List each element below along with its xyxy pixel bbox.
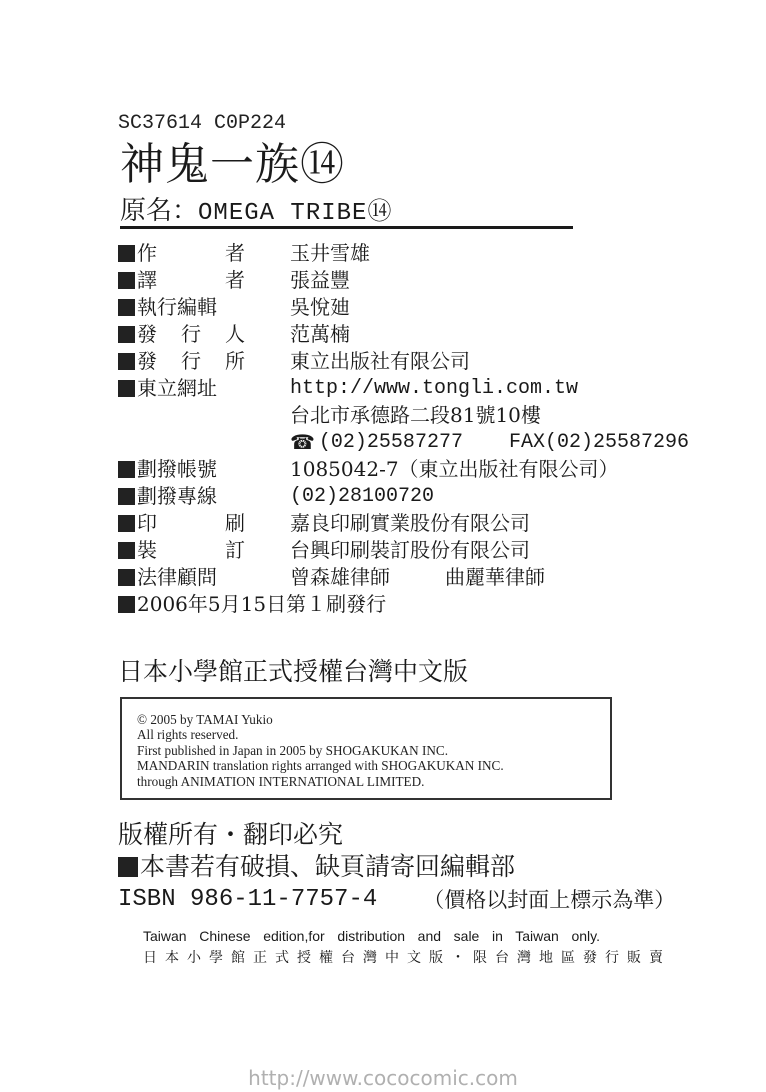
credit-row-publishing-house: 發行所 東立出版社有限公司 [118,348,678,375]
credit-row-website: 東立網址 http://www.tongli.com.tw [118,375,678,402]
bullet-square-icon [118,488,135,505]
product-code: SC37614 C0P224 [118,112,286,135]
credit-label: 東立網址 [137,375,245,402]
original-title: 原名：OMEGA TRIBE⑭ [120,196,392,229]
credit-value: 台興印刷裝訂股份有限公司 [290,537,530,564]
damage-notice: 本書若有破損、缺頁請寄回編輯部 [118,852,515,882]
credit-row-publisher: 發行人 范萬楠 [118,321,678,348]
credit-row-printer: 印刷 嘉良印刷實業股份有限公司 [118,510,678,537]
copyright-line: All rights reserved. [137,727,504,742]
isbn-number: ISBN 986-11-7757-4 [118,885,377,915]
credit-row-postal-account: 劃撥帳號 1085042-7（東立出版社有限公司） [118,456,678,483]
price-note: （價格以封面上標示為準） [423,885,675,915]
license-statement: 日本小學館正式授權台灣中文版 [118,652,468,688]
lawyer-2: 曲麗華律師 [445,564,545,591]
credit-row-editor: 執行編輯 吳悅廸 [118,294,678,321]
credit-label: 印刷 [137,510,245,537]
contact-values: ☎(02)25587277FAX(02)25587296 [290,429,689,456]
credit-label: 法律顧問 [137,564,245,591]
bullet-square-icon [118,353,135,370]
copyright-text: © 2005 by TAMAI Yukio All rights reserve… [137,712,504,789]
credit-label: 發行人 [137,321,245,348]
website-link[interactable]: http://www.tongli.com.tw [290,375,578,402]
credit-value: 東立出版社有限公司 [290,348,470,375]
publish-date-row: 2006年5月15日第１刷發行 [118,591,678,618]
credit-row-legal-counsel: 法律顧問 曾森雄律師曲麗華律師 [118,564,678,591]
credit-label: 作者 [137,240,245,267]
credit-value: 范萬楠 [290,321,350,348]
phone-icon: ☎ [290,429,315,456]
credit-label: 裝訂 [137,537,245,564]
lawyer-1: 曾森雄律師 [290,564,390,591]
bullet-square-icon [118,380,135,397]
copyright-line: © 2005 by TAMAI Yukio [137,712,504,727]
book-title: 神鬼一族⑭ [120,140,345,190]
copyright-line: through ANIMATION INTERNATIONAL LIMITED. [137,774,504,789]
credit-value: 1085042-7（東立出版社有限公司） [290,456,619,483]
bullet-square-icon [118,515,135,532]
fax-number: FAX(02)25587296 [509,429,689,456]
bullet-square-icon [118,245,135,262]
damage-notice-text: 本書若有破損、缺頁請寄回編輯部 [140,852,515,882]
credit-value: 吳悅廸 [290,294,350,321]
bullet-square-icon [118,326,135,343]
bullet-square-icon [118,272,135,289]
bullet-square-icon [118,542,135,559]
credit-value: 曾森雄律師曲麗華律師 [290,564,545,591]
address-value: 台北市承德路二段81號10樓 [290,402,541,429]
rights-reserved: 版權所有・翻印必究 [118,820,343,850]
credits-list: 作者 玉井雪雄 譯者 張益豐 執行編輯 吳悅廸 發行人 范萬楠 發行所 東立出版… [118,240,678,618]
distribution-chinese: 日本小學館正式授權台灣中文版・限台灣地區發行販賣 [143,947,600,967]
credit-row-translator: 譯者 張益豐 [118,267,678,294]
original-title-label: 原名： [120,196,198,226]
credit-row-phone-fax: ☎(02)25587277FAX(02)25587296 [118,429,678,456]
bullet-square-icon [118,299,135,316]
credit-label: 劃撥專線 [137,483,245,510]
credit-label: 發行所 [137,348,245,375]
title-divider [120,226,573,229]
credit-value: 張益豐 [290,267,350,294]
credit-value: 嘉良印刷實業股份有限公司 [290,510,530,537]
credit-value: 玉井雪雄 [290,240,370,267]
credit-row-binder: 裝訂 台興印刷裝訂股份有限公司 [118,537,678,564]
credit-row-postal-hotline: 劃撥專線 (02)28100720 [118,483,678,510]
bullet-square-icon [118,461,135,478]
credit-label: 劃撥帳號 [137,456,245,483]
credit-row-author: 作者 玉井雪雄 [118,240,678,267]
isbn-line: ISBN 986-11-7757-4 （價格以封面上標示為準） [118,885,675,915]
credit-value: (02)28100720 [290,483,434,510]
credit-label: 譯者 [137,267,245,294]
bullet-square-icon [118,569,135,586]
credit-row-address: 台北市承德路二段81號10樓 [118,402,678,429]
publish-date: 2006年5月15日第１刷發行 [137,591,386,618]
copyright-line: MANDARIN translation rights arranged wit… [137,758,504,773]
bullet-square-icon [118,857,138,877]
copyright-line: First published in Japan in 2005 by SHOG… [137,743,504,758]
phone-number: (02)25587277 [319,429,463,456]
original-title-value: OMEGA TRIBE⑭ [198,200,392,227]
credit-label: 執行編輯 [137,294,245,321]
bullet-square-icon [118,596,135,613]
watermark-url: http://www.cococomic.com [0,1066,766,1090]
distribution-english: Taiwan Chinese edition,for distribution … [143,928,600,944]
